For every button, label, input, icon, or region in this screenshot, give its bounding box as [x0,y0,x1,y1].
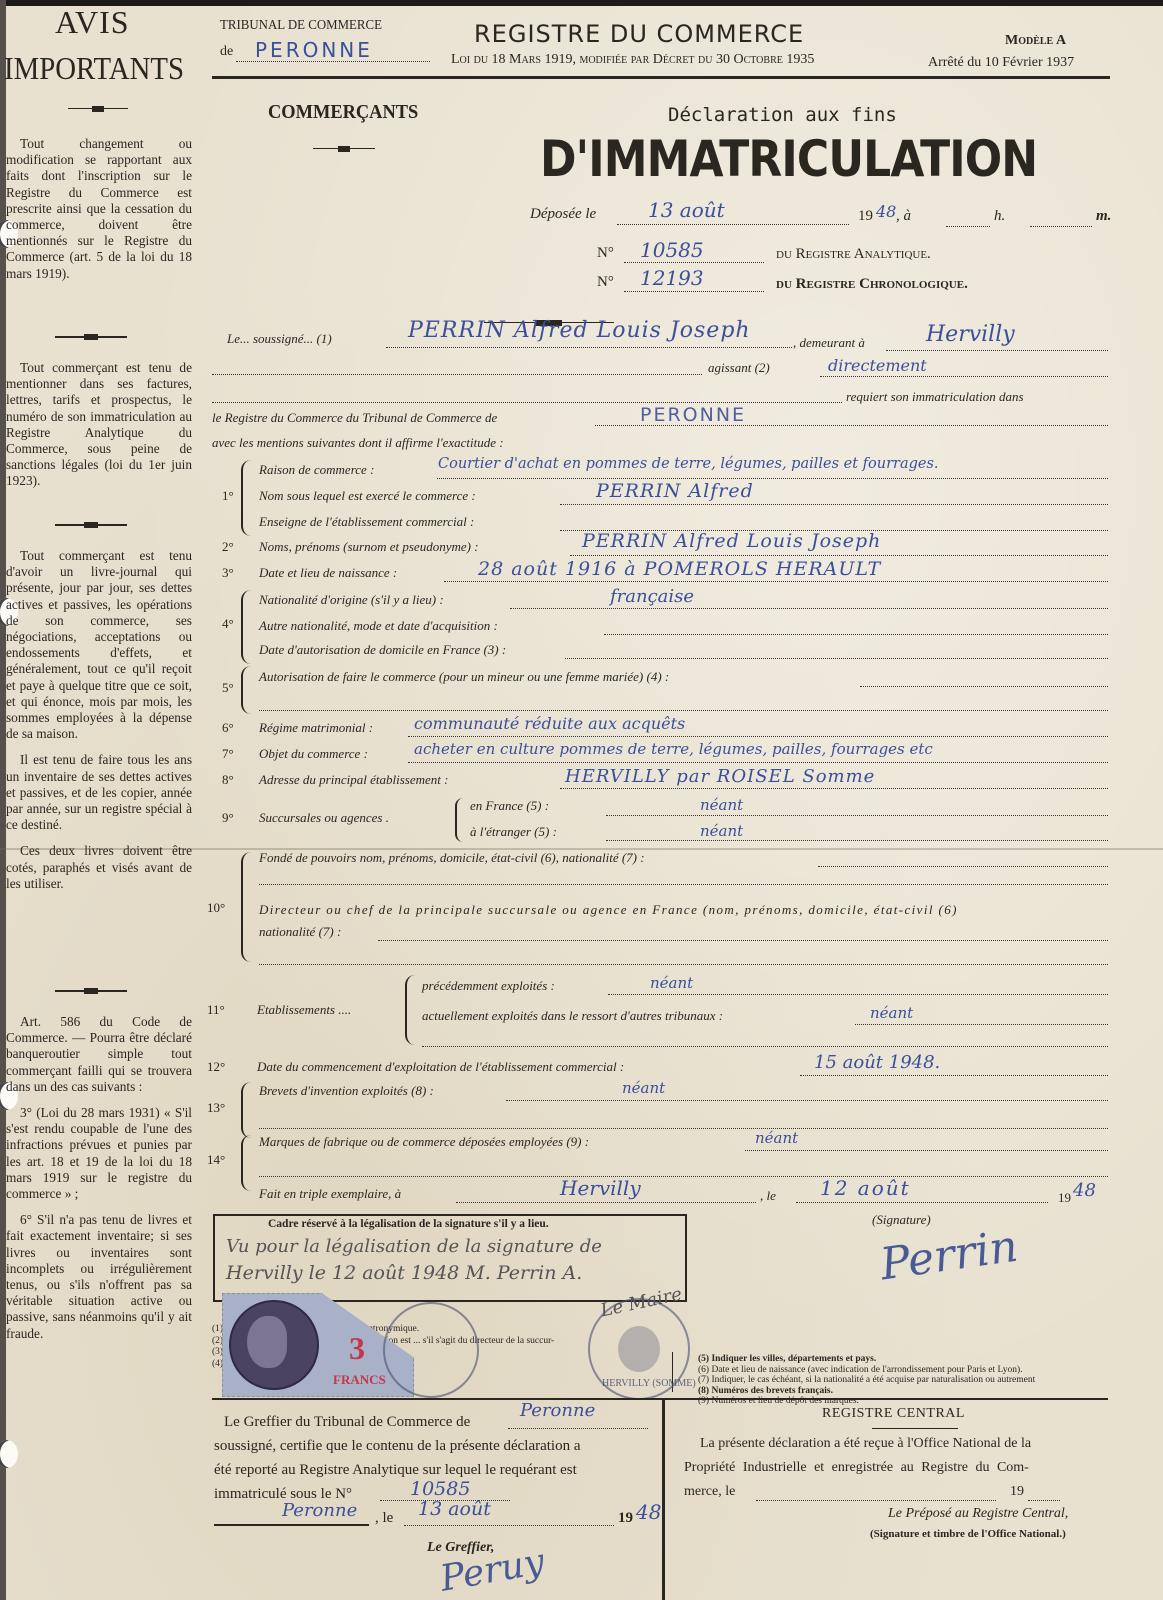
marianne-head-icon [247,1316,287,1368]
registre-central-text2: Propriété Industrielle et enregistrée au… [684,1460,1029,1476]
raison-line [437,478,1108,479]
autorisation-line-2[interactable] [259,710,1108,711]
item-number: 5° [222,680,234,696]
punch-hole [0,1440,18,1468]
vertical-divider [662,1398,665,1600]
item-number: 4° [222,616,234,632]
ornament-divider [313,148,375,149]
signature: Perrin [877,1221,1021,1291]
directeur-label: Directeur ou chef de la principale succu… [259,902,958,918]
fait-lieu[interactable]: Hervilly [560,1176,641,1200]
etranger-line [606,840,1108,841]
greffier-place[interactable]: Peronne [282,1500,357,1521]
analytique-number[interactable]: 10585 [640,238,704,262]
ornament-divider [68,108,128,109]
mentions-label: avec les mentions suivantes dont il affi… [212,435,504,451]
fait-lieu-line [456,1202,756,1203]
analytique-label: du Registre Analytique. [776,246,931,263]
nationalite-label: Nationalité d'origine (s'il y a lieu) : [259,592,444,608]
soussigne-label: Le... soussigné... (1) [227,331,332,347]
greffier-line3: été reporté au Registre Analytique sur l… [214,1458,581,1482]
register-title: REGISTRE DU COMMERCE [474,20,804,48]
registre-central-text3: merce, le [684,1484,735,1500]
header-rule [212,76,1110,79]
agissant-label: agissant (2) [708,360,770,376]
registre-city[interactable]: PERONNE [640,404,746,426]
deposit-date[interactable]: 13 août [648,198,725,222]
actuellement-value[interactable]: néant [870,1004,913,1022]
item-number: 10° [207,900,225,916]
en-france-label: en France (5) : [470,798,549,814]
succursales-label: Succursales ou agences . [259,810,389,826]
nom-value[interactable]: PERRIN Alfred [596,480,754,502]
stamp-value: 3 [349,1330,365,1367]
arrete-label: Arrêté du 10 Février 1937 [928,55,1074,71]
precedemment-value[interactable]: néant [650,974,693,992]
brace [455,798,463,842]
brace [241,666,251,714]
fait-le-label: , le [760,1188,776,1204]
greffier-place-line [214,1524,369,1526]
etablissements-label: Etablissements .... [257,1002,351,1018]
domicile-line[interactable] [565,658,1108,659]
registre-central-note: (Signature et timbre de l'Office Nationa… [870,1528,1066,1540]
brace [241,1135,251,1191]
fait-year-prefix: 19 [1058,1190,1071,1206]
agissant-value[interactable]: directement [828,356,927,375]
brevets-line-2[interactable] [259,1128,1108,1129]
ornament-divider [55,336,127,338]
objet-value[interactable]: acheter en culture pommes de terre, légu… [414,740,933,758]
blank-line [212,402,842,403]
agissant-line [820,376,1108,377]
item-number: 9° [222,810,234,826]
commencement-line [800,1075,1108,1076]
deposit-label: Déposée le [530,206,596,223]
section-commercants: COMMERÇANTS [268,101,418,124]
footnote: (5) Indiquer les villes, départements et… [698,1354,1035,1365]
item-number: 7° [222,746,234,762]
greffier-le-label: , le [375,1510,393,1527]
analytique-no-label: N° [597,245,614,262]
deposit-year-prefix: 19 [858,208,873,225]
actuellement-line-2[interactable] [422,1046,1108,1047]
demeurant-line [886,350,1108,351]
regime-line [408,736,1108,737]
commencement-value[interactable]: 15 août 1948. [814,1052,940,1073]
registre-central-text1: La présente déclaration a été reçue à l'… [700,1436,1031,1452]
nationalite-value[interactable]: française [610,586,694,607]
stamp-currency: FRANCS [333,1372,386,1388]
footnote: (6) Date et lieu de naissance (avec indi… [698,1365,1035,1376]
registre-central-year-prefix: 19 [1010,1484,1024,1500]
marques-value[interactable]: néant [755,1129,798,1147]
tribunal-label: TRIBUNAL DE COMMERCE [220,18,382,34]
item-number: 2° [222,539,234,555]
brace [241,590,251,664]
fonde-label: Fondé de pouvoirs nom, prénoms, domicile… [259,850,645,866]
regime-label: Régime matrimonial : [259,720,373,736]
actuellement-line [855,1024,1108,1025]
autorisation-line[interactable] [860,686,1108,687]
enseigne-label: Enseigne de l'établissement commercial : [259,514,474,530]
brace [241,460,251,536]
naissance-line [444,581,1108,582]
avis-title-line1: AVIS [55,4,130,41]
deposit-minute-line [1030,226,1092,227]
greffier-date-line [404,1525,614,1526]
seal-center [618,1326,660,1372]
notice-paragraph: Tout commerçant est tenu de mentionner d… [6,360,192,490]
naissance-value[interactable]: 28 août 1916 à POMEROLS HERAULT [478,558,881,580]
notice-paragraph: 6° S'il n'a pas tenu de livres et fait e… [6,1212,192,1342]
fait-date[interactable]: 12 août [820,1176,911,1200]
item-number: 8° [222,772,234,788]
adresse-value[interactable]: HERVILLY par ROISEL Somme [565,766,875,787]
scan-top-edge [0,0,1163,6]
greffier-date[interactable]: 13 août [418,1498,491,1520]
raison-value[interactable]: Courtier d'achat en pommes de terre, lég… [438,456,939,472]
deposit-h-label: h. [994,208,1005,225]
blank-line [212,374,702,375]
en-france-line [606,815,1108,816]
naissance-label: Date et lieu de naissance : [259,565,397,581]
notice-paragraph: Tout commerçant est tenu d'avoir un livr… [6,548,192,742]
noms-line [570,555,1108,556]
fait-label: Fait en triple exemplaire, à [259,1186,401,1202]
seal-text: HERVILLY (SOMME) [602,1378,696,1389]
fonde-line-2[interactable] [259,884,1108,885]
adresse-line [560,788,1108,789]
declaration-subtitle: Déclaration aux fins [668,104,897,126]
fonde-line[interactable] [818,866,1108,867]
law-reference: Loi du 18 Mars 1919, modifiée par Décret… [451,52,814,68]
demeurant-label: , demeurant à [793,335,865,351]
marques-label: Marques de fabrique ou de commerce dépos… [259,1134,589,1150]
avis-title-line2: IMPORTANTS [4,50,184,87]
marianne-medallion-icon [229,1300,319,1390]
etranger-label: à l'étranger (5) : [470,824,557,840]
domicile-label: Date d'autorisation de domicile en Franc… [259,642,506,658]
actuellement-label: actuellement exploités dans le ressort d… [422,1008,723,1024]
autre-nationalite-label: Autre nationalité, mode et date d'acquis… [259,618,498,634]
model-label: Modèle A [1005,33,1066,49]
item-number: 6° [222,720,234,736]
legalisation-line2[interactable]: Hervilly le 12 août 1948 M. Perrin A. [226,1262,582,1284]
footnote: (8) Numéros des brevets français. [698,1386,1035,1397]
item-number: 14° [207,1152,225,1168]
greffier-line1: Le Greffier du Tribunal de Commerce de [224,1414,470,1430]
notice-paragraph: Tout changement ou modification se rappo… [6,136,192,282]
notice-block-1: Tout changement ou modification se rappo… [6,136,192,292]
notice-paragraph: Art. 586 du Code de Commerce. — Pourra ê… [6,1014,192,1095]
notice-block-2: Tout commerçant est tenu de mentionner d… [6,360,192,500]
nationalite-line [510,608,1108,609]
brace [241,1082,251,1138]
objet-label: Objet du commerce : [259,746,368,762]
demeurant-value[interactable]: Hervilly [926,322,1015,347]
brevets-value[interactable]: néant [622,1079,665,1097]
greffier-number[interactable]: 10585 [410,1478,470,1500]
commencement-label: Date du commencement d'exploitation de l… [257,1059,624,1075]
greffier-block: Le Greffier du Tribunal de Commerce de s… [224,1410,581,1506]
declarant-name[interactable]: PERRIN Alfred Louis Joseph [408,318,751,343]
ornament-divider [55,990,127,992]
deposit-hour-line [946,226,990,227]
mairie-seal-icon [383,1302,479,1398]
signature-label: (Signature) [872,1212,931,1228]
document-page: AVIS IMPORTANTS Tout changement ou modif… [0,0,1163,1600]
marques-line-2[interactable] [259,1176,1108,1177]
item-number: 11° [207,1002,225,1018]
etranger-value[interactable]: néant [700,822,743,840]
objet-line [408,762,1108,763]
directeur-line[interactable] [378,940,1108,941]
nom-label: Nom sous lequel est exercé le commerce : [259,488,476,504]
autorisation-label: Autorisation de faire le commerce (pour … [259,669,669,685]
greffier-line4: immatriculé sous le N° [214,1482,581,1506]
greffier-line2: soussigné, certifie que le contenu de la… [214,1434,581,1458]
registre-central-signoff: Le Préposé au Registre Central, [888,1506,1068,1522]
notice-paragraph: Il est tenu de faire tous les ans un inv… [6,752,192,833]
fait-date-line [796,1202,1048,1203]
declaration-title: D'IMMATRICULATION [540,130,1037,188]
noms-value[interactable]: PERRIN Alfred Louis Joseph [582,530,881,552]
precedemment-label: précédemment exploités : [422,978,555,994]
noms-label: Noms, prénoms (surnom et pseudonyme) : [259,539,479,555]
notice-paragraph: 3° (Loi du 28 mars 1931) « S'il s'est re… [6,1105,192,1202]
requiert-label: requiert son immatriculation dans [846,389,1024,405]
notice-block-4: Art. 586 du Code de Commerce. — Pourra ê… [6,1014,192,1352]
analytique-no-line [624,262,764,263]
brevets-line [506,1100,1108,1101]
marques-line [745,1150,1108,1151]
directeur-line-2[interactable] [259,964,1108,965]
greffier-year-prefix: 19 [618,1510,633,1527]
title-underline [872,1428,958,1429]
deposit-date-line [617,224,849,225]
nom-line [560,504,1108,505]
greffier-city-line [508,1428,648,1429]
name-line [386,347,792,348]
autre-nationalite-line[interactable] [604,634,1108,635]
regime-value[interactable]: communauté réduite aux acquêts [414,714,685,733]
registre-central-year-line[interactable] [1028,1500,1060,1501]
registre-central-date-line[interactable] [756,1500,996,1501]
chrono-number[interactable]: 12193 [640,266,704,290]
greffier-city[interactable]: Peronne [520,1400,595,1421]
precedemment-line [608,994,1108,995]
brevets-label: Brevets d'invention exploités (8) : [259,1083,434,1099]
brace [405,975,415,1045]
raison-label: Raison de commerce : [259,462,374,478]
item-number: 3° [222,565,234,581]
ornament-divider [55,524,127,526]
chrono-no-line [624,291,764,292]
section-rule [212,1398,1108,1400]
adresse-label: Adresse du principal établissement : [259,772,448,788]
chrono-label: du Registre Chronologique. [776,276,968,293]
item-number: 13° [207,1100,225,1116]
notice-paragraph: Ces deux livres doivent être cotés, para… [6,843,192,892]
legalisation-title: Cadre réservé à la légalisation de la si… [268,1218,549,1230]
deposit-m-label: m. [1096,208,1111,225]
deposit-at-label: , à [896,208,911,225]
registre-central-title: REGISTRE CENTRAL [822,1406,965,1422]
notice-block-3: Tout commerçant est tenu d'avoir un livr… [6,548,192,902]
chrono-no-label: N° [597,274,614,291]
deposit-year[interactable]: 48 [876,202,896,221]
fait-year[interactable]: 48 [1073,1180,1096,1201]
registre-line-label: le Registre du Commerce du Tribunal de C… [212,410,497,426]
item-number: 12° [207,1059,225,1075]
legalisation-line1[interactable]: Vu pour la légalisation de la signature … [226,1236,602,1257]
item-number: 1° [222,488,234,504]
tribunal-de: de [220,44,233,60]
footnote: (7) Indiquer, le cas échéant, si la nati… [698,1375,1035,1386]
en-france-value[interactable]: néant [700,796,743,814]
directeur-nat-label: nationalité (7) : [259,924,341,940]
greffier-year[interactable]: 48 [636,1500,661,1524]
tribunal-city: PERONNE [255,38,373,62]
brace [241,852,251,962]
